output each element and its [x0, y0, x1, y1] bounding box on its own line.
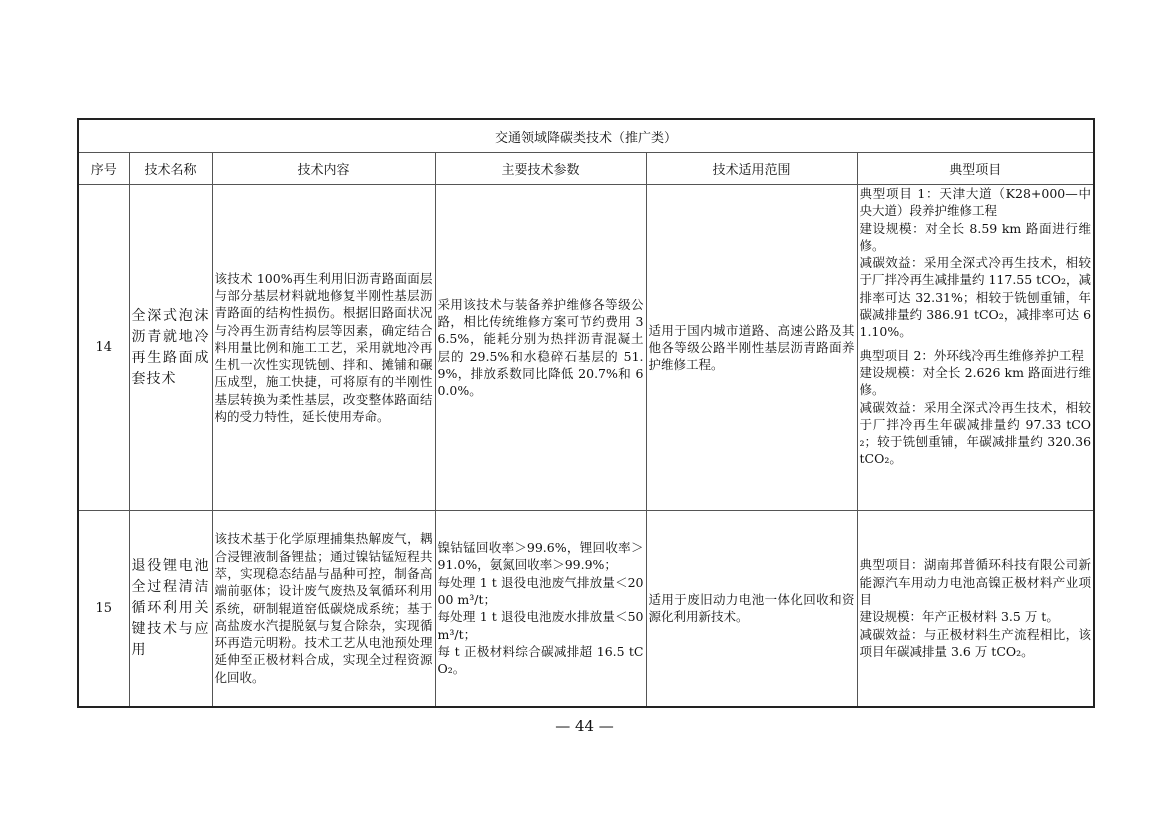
row-seq: 14 [78, 185, 129, 511]
row-tech-content: 该技术 100%再生利用旧沥青路面面层与部分基层材料就地修复半刚性基层沥青路面的… [212, 185, 435, 511]
project-title: 典型项目：湖南邦普循环科技有限公司新能源汽车用动力电池高镍正极材料产业项目 [860, 556, 1092, 608]
row-tech-params: 采用该技术与装备养护维修各等级公路，相比传统维修方案可节约费用 36.5%，能耗… [435, 185, 646, 511]
project-scale: 建设规模：对全长 2.626 km 路面进行维修。 [860, 364, 1092, 399]
param-line: 镍钴锰回收率＞99.6%，锂回收率＞91.0%，氨氮回收率＞99.9%； [438, 539, 644, 574]
header-content: 技术内容 [212, 153, 435, 185]
table-title: 交通领域降碳类技术（推广类） [78, 119, 1094, 153]
header-name: 技术名称 [129, 153, 212, 185]
project-benefit: 减碳效益：采用全深式冷再生技术，相较于厂拌冷再生减排量约 117.55 tCO₂… [860, 254, 1092, 340]
project-scale: 建设规模：对全长 8.59 km 路面进行维修。 [860, 220, 1092, 255]
tech-table: 交通领域降碳类技术（推广类） 序号 技术名称 技术内容 主要技术参数 技术适用范… [77, 118, 1095, 708]
project-title: 典型项目 1：天津大道（K28+000—中央大道）段养护维修工程 [860, 185, 1092, 220]
project-scale: 建设规模：年产正极材料 3.5 万 t。 [860, 608, 1092, 625]
project-benefit: 减碳效益：采用全深式冷再生技术，相较于厂拌冷再生年碳减排量约 97.33 tCO… [860, 399, 1092, 468]
page-number: — 44 — [0, 717, 1169, 735]
row-tech-scope: 适用于废旧动力电池一体化回收和资源化利用新技术。 [646, 511, 857, 707]
project-benefit: 减碳效益：与正极材料生产流程相比，该项目年碳减排量 3.6 万 tCO₂。 [860, 626, 1092, 661]
param-line: 每处理 1 t 退役电池废气排放量＜2000 m³/t； [438, 574, 644, 609]
param-line: 每 t 正极材料综合碳减排超 16.5 tCO₂。 [438, 643, 644, 678]
project-2: 典型项目 2：外环线冷再生维修养护工程 建设规模：对全长 2.626 km 路面… [860, 347, 1092, 468]
header-seq: 序号 [78, 153, 129, 185]
row-typical-projects: 典型项目：湖南邦普循环科技有限公司新能源汽车用动力电池高镍正极材料产业项目 建设… [857, 511, 1094, 707]
param-line: 每处理 1 t 退役电池废水排放量＜50 m³/t； [438, 608, 644, 643]
header-params: 主要技术参数 [435, 153, 646, 185]
project-title: 典型项目 2：外环线冷再生维修养护工程 [860, 347, 1092, 364]
table-row: 15 退役锂电池全过程清洁循环利用关键技术与应用 该技术基于化学原理捕集热解废气… [78, 511, 1094, 707]
header-scope: 技术适用范围 [646, 153, 857, 185]
row-tech-content: 该技术基于化学原理捕集热解废气，耦合浸锂液制备锂盐；通过镍钴锰短程共萃，实现稳态… [212, 511, 435, 707]
row-tech-scope: 适用于国内城市道路、高速公路及其他各等级公路半刚性基层沥青路面养护维修工程。 [646, 185, 857, 511]
header-row: 序号 技术名称 技术内容 主要技术参数 技术适用范围 典型项目 [78, 153, 1094, 185]
project-1: 典型项目：湖南邦普循环科技有限公司新能源汽车用动力电池高镍正极材料产业项目 建设… [860, 556, 1092, 660]
row-tech-name: 全深式泡沫沥青就地冷再生路面成套技术 [129, 185, 212, 511]
header-projects: 典型项目 [857, 153, 1094, 185]
row-typical-projects: 典型项目 1：天津大道（K28+000—中央大道）段养护维修工程 建设规模：对全… [857, 185, 1094, 511]
row-seq: 15 [78, 511, 129, 707]
project-1: 典型项目 1：天津大道（K28+000—中央大道）段养护维修工程 建设规模：对全… [860, 185, 1092, 341]
row-tech-params: 镍钴锰回收率＞99.6%，锂回收率＞91.0%，氨氮回收率＞99.9%； 每处理… [435, 511, 646, 707]
row-tech-name: 退役锂电池全过程清洁循环利用关键技术与应用 [129, 511, 212, 707]
table-row: 14 全深式泡沫沥青就地冷再生路面成套技术 该技术 100%再生利用旧沥青路面面… [78, 185, 1094, 511]
